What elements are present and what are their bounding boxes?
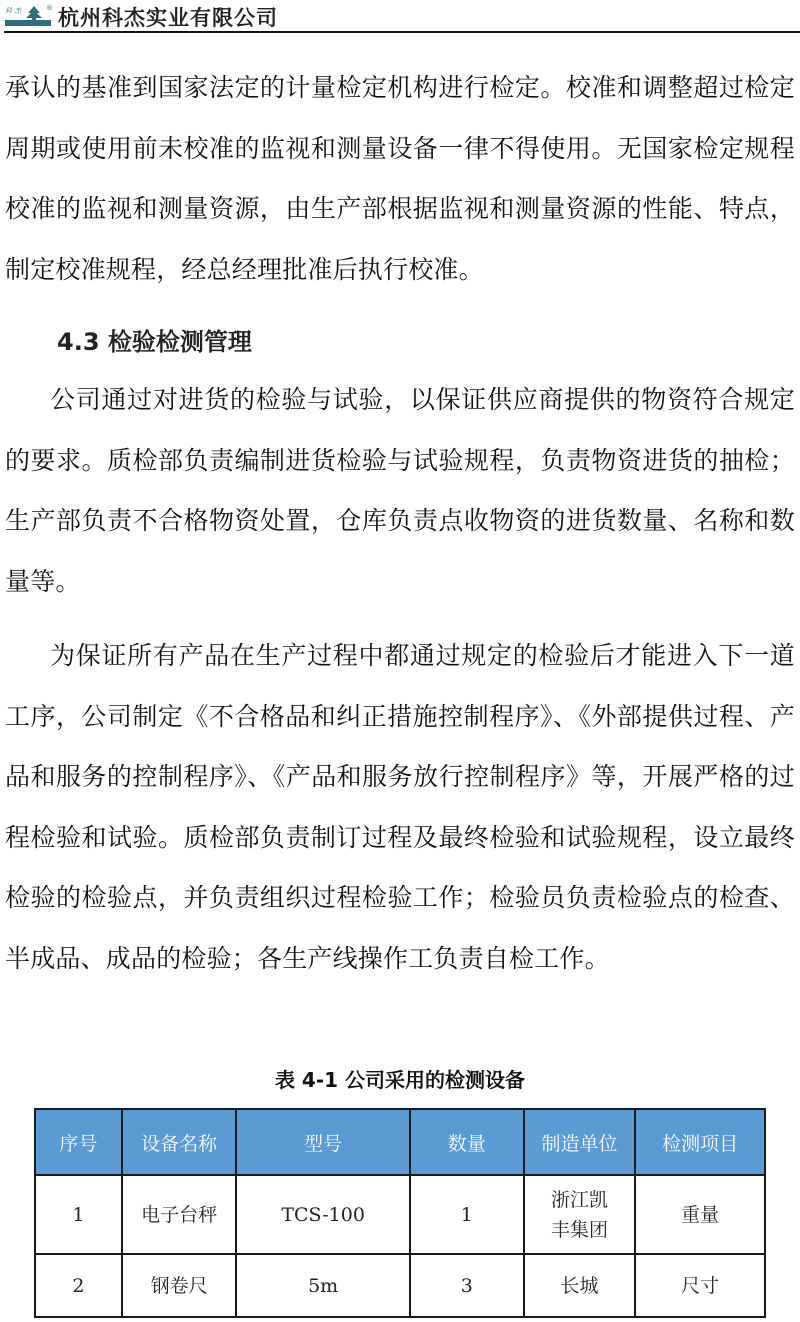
table-caption: 表 4-1 公司采用的检测设备: [0, 1064, 800, 1093]
svg-text:®: ®: [46, 4, 53, 12]
paragraph-incoming-inspection: 公司通过对进货的检验与试验，以保证供应商提供的物资符合规定的要求。质检部负责编制…: [5, 370, 795, 612]
table-cell: 3: [410, 1254, 524, 1317]
table-cell: 浙江凯丰集团: [524, 1175, 636, 1254]
table-cell: 2: [35, 1254, 122, 1317]
company-logo-icon: 科 杰 ®: [4, 3, 54, 27]
table-cell: 重量: [635, 1175, 765, 1254]
column-header: 检测项目: [635, 1109, 765, 1175]
paragraph-process-inspection: 为保证所有产品在生产过程中都通过规定的检验后才能进入下一道工序，公司制定《不合格…: [5, 626, 795, 989]
column-header: 制造单位: [524, 1109, 636, 1175]
table-cell: 尺寸: [635, 1254, 765, 1317]
table-row: 1 电子台秤 TCS-100 1 浙江凯丰集团 重量: [35, 1175, 765, 1254]
company-name: 杭州科杰实业有限公司: [58, 2, 278, 32]
table-cell: 电子台秤: [122, 1175, 237, 1254]
table-cell: 1: [35, 1175, 122, 1254]
column-header: 数量: [410, 1109, 524, 1175]
column-header: 序号: [35, 1109, 122, 1175]
table-cell: TCS-100: [236, 1175, 410, 1254]
table-cell: 1: [410, 1175, 524, 1254]
paragraph-calibration: 承认的基准到国家法定的计量检定机构进行检定。校准和调整超过检定周期或使用前未校准…: [5, 58, 795, 300]
section-heading: 4.3 检验检测管理: [57, 322, 252, 357]
header-divider: [4, 31, 800, 33]
equipment-table: 序号 设备名称 型号 数量 制造单位 检测项目 1 电子台秤 TCS-100 1…: [34, 1108, 766, 1318]
svg-text:科 杰: 科 杰: [5, 7, 22, 15]
column-header: 型号: [236, 1109, 410, 1175]
table-cell: 钢卷尺: [122, 1254, 237, 1317]
table-cell: 5m: [236, 1254, 410, 1317]
table-header-row: 序号 设备名称 型号 数量 制造单位 检测项目: [35, 1109, 765, 1175]
column-header: 设备名称: [122, 1109, 237, 1175]
table-row: 2 钢卷尺 5m 3 长城 尺寸: [35, 1254, 765, 1317]
table-cell: 长城: [524, 1254, 636, 1317]
page-header: 科 杰 ® 杭州科杰实业有限公司: [0, 0, 800, 34]
